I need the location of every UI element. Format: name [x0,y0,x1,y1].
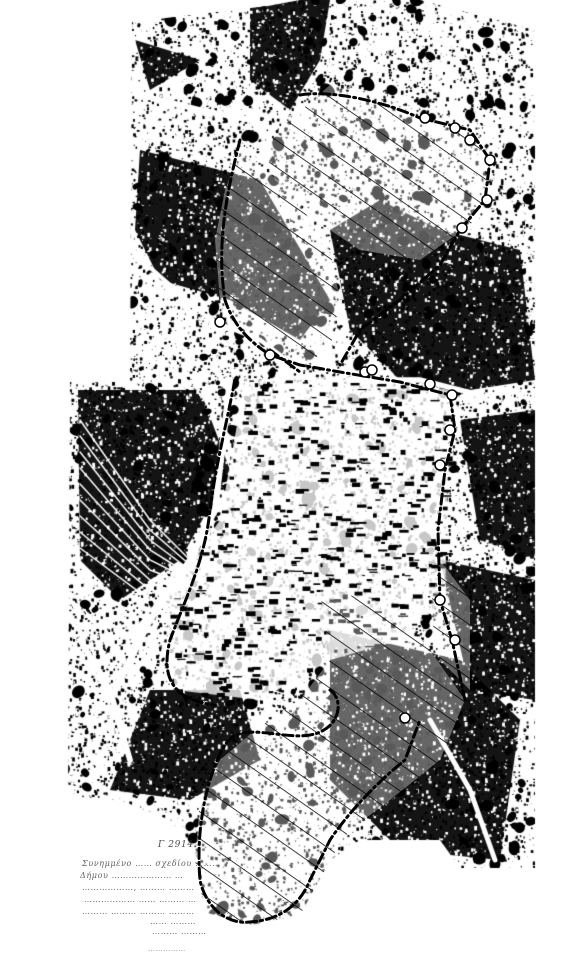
annotation-reference: Γ 2914 [158,840,194,850]
annotation-signature: …………… [148,945,186,953]
annotation-line: …… ……… [150,917,196,926]
annotation-line: Δήμου ………………… … [80,871,184,880]
annotation-line: Συνημμένο …… σχεδίου ……… [82,859,221,868]
annotation-line: ……… ……… [152,927,207,936]
annotation-line: ……………… …… ……… … [84,895,197,904]
annotation-line: ……… ……… ……… ……… [82,907,195,916]
annotation-line: ………………, ……… ……… [82,883,195,892]
aerial-photo-map [0,0,579,955]
